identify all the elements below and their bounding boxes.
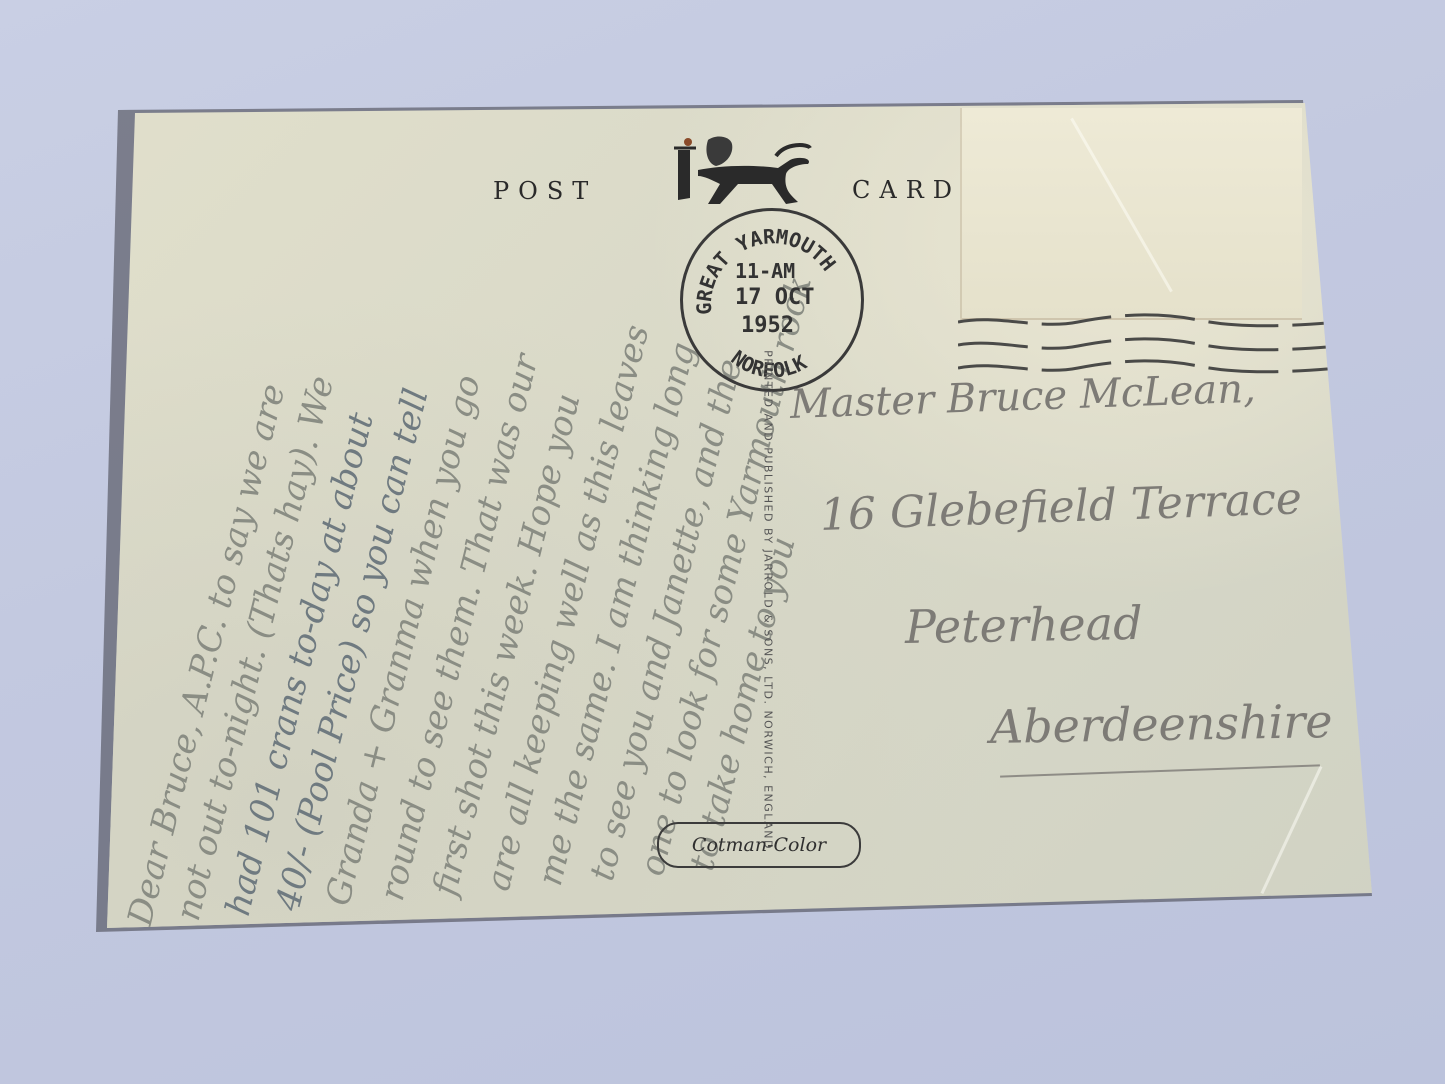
address-underline xyxy=(1000,764,1320,777)
card-label: CARD xyxy=(852,176,961,204)
address-line-2: 16 Glebefield Terrace xyxy=(819,473,1303,541)
address-line-4: Aberdeenshire xyxy=(990,694,1333,754)
postmark-time: 11-AM xyxy=(735,259,795,283)
crease xyxy=(1261,766,1323,894)
removed-stamp-area xyxy=(960,108,1302,320)
publisher-imprint: PRINTED AND PUBLISHED BY JARROLD & SONS,… xyxy=(762,350,775,850)
postcard: Dear Bruce, A.P.C. to say we are not out… xyxy=(0,0,1445,1084)
postmark-date: 17 OCT xyxy=(735,285,814,310)
cotman-color-badge: Cotman-Color xyxy=(657,822,861,868)
address-line-3: Peterhead xyxy=(905,596,1143,654)
post-label: POST xyxy=(493,177,597,205)
lion-logo-icon xyxy=(668,130,818,210)
postmark-year: 1952 xyxy=(741,313,794,338)
